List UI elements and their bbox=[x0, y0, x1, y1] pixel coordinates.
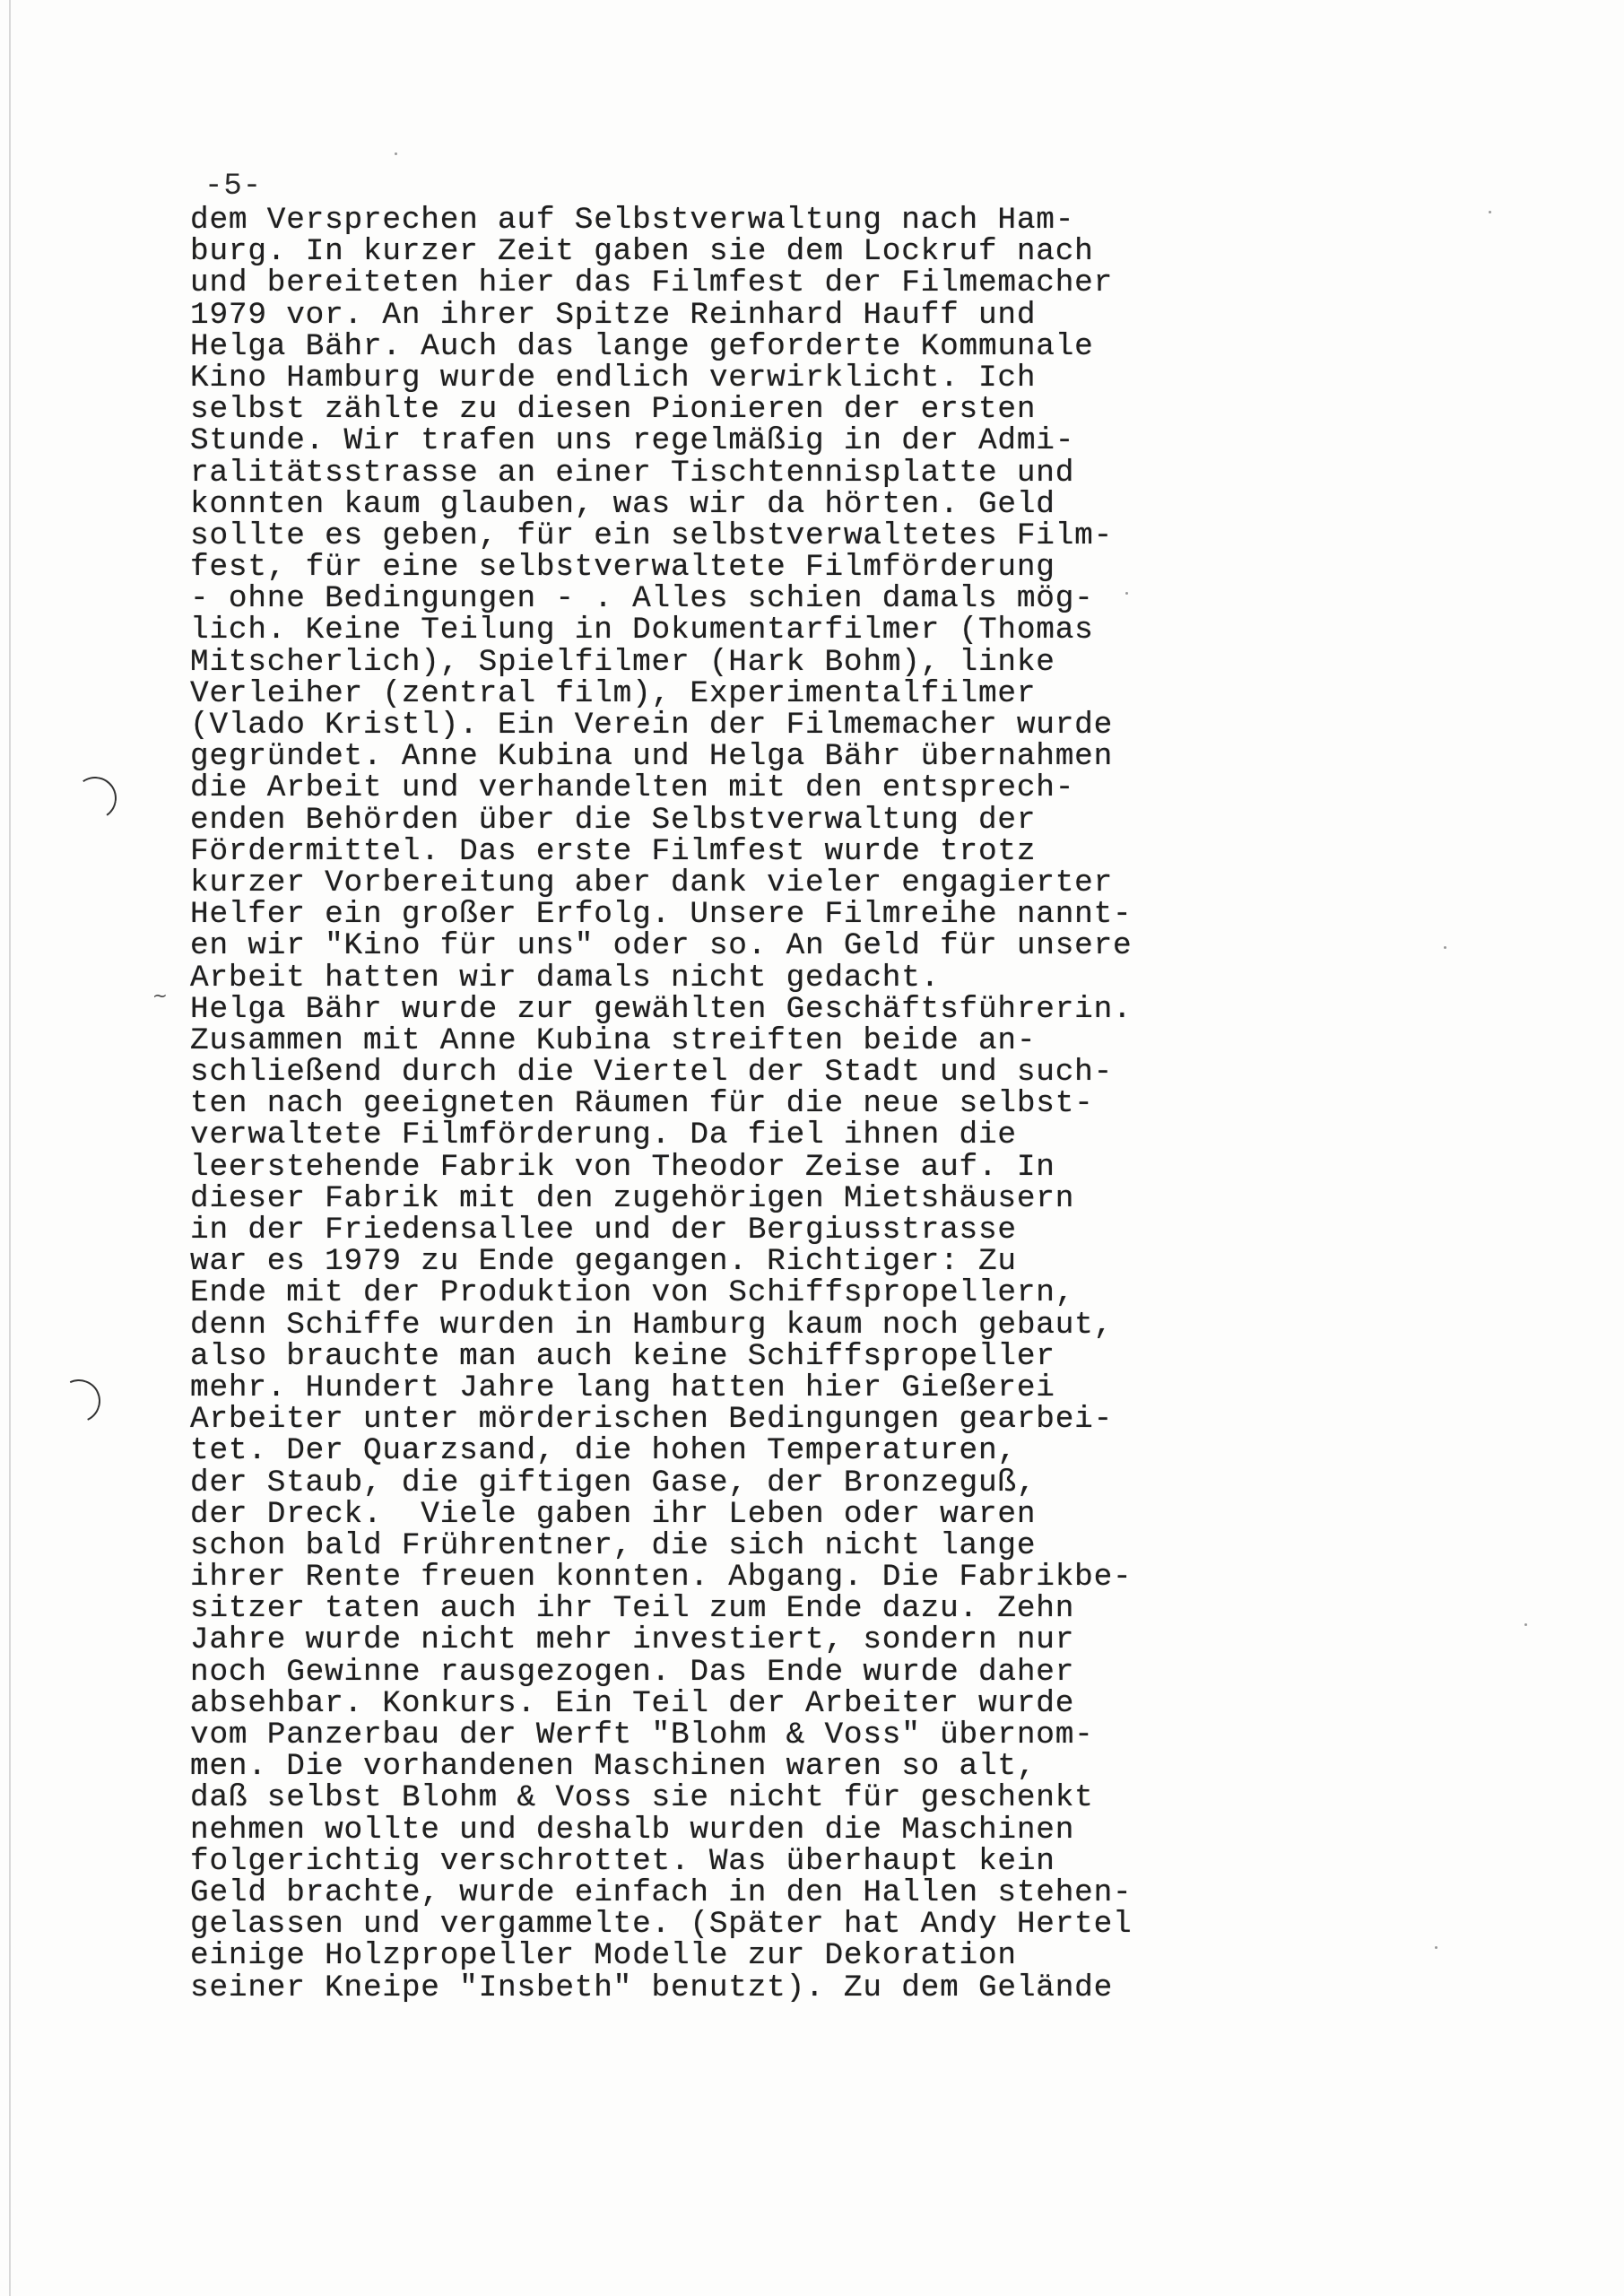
text-line: vom Panzerbau der Werft "Blohm & Voss" ü… bbox=[190, 1719, 1221, 1751]
scan-speck bbox=[1435, 1946, 1437, 1949]
text-line: schon bald Frührentner, die sich nicht l… bbox=[190, 1530, 1221, 1561]
text-line: einige Holzpropeller Modelle zur Dekorat… bbox=[190, 1940, 1221, 1971]
text-line: - ohne Bedingungen - . Alles schien dama… bbox=[190, 583, 1221, 614]
text-line: der Dreck. Viele gaben ihr Leben oder wa… bbox=[190, 1499, 1221, 1530]
text-line: der Staub, die giftigen Gase, der Bronze… bbox=[190, 1467, 1221, 1499]
text-line: enden Behörden über die Selbstverwaltung… bbox=[190, 804, 1221, 836]
scan-speck bbox=[1489, 211, 1491, 213]
text-line: selbst zählte zu diesen Pionieren der er… bbox=[190, 394, 1221, 425]
text-line: Helga Bähr wurde zur gewählten Geschäfts… bbox=[190, 994, 1221, 1025]
text-line: Ende mit der Produktion von Schiffsprope… bbox=[190, 1277, 1221, 1309]
text-line: Helfer ein großer Erfolg. Unsere Filmrei… bbox=[190, 899, 1221, 930]
text-line: ten nach geeigneten Räumen für die neue … bbox=[190, 1088, 1221, 1119]
text-line: folgerichtig verschrottet. Was überhaupt… bbox=[190, 1846, 1221, 1877]
text-line: Fördermittel. Das erste Filmfest wurde t… bbox=[190, 836, 1221, 867]
scan-page-edge bbox=[9, 0, 11, 2296]
text-line: in der Friedensallee und der Bergiusstra… bbox=[190, 1214, 1221, 1246]
text-line: war es 1979 zu Ende gegangen. Richtiger:… bbox=[190, 1246, 1221, 1277]
text-line: fest, für eine selbstverwaltete Filmförd… bbox=[190, 552, 1221, 583]
text-line: kurzer Vorbereitung aber dank vieler eng… bbox=[190, 867, 1221, 899]
text-line: (Vlado Kristl). Ein Verein der Filmemach… bbox=[190, 709, 1221, 741]
text-line: ihrer Rente freuen konnten. Abgang. Die … bbox=[190, 1561, 1221, 1593]
text-line: Helga Bähr. Auch das lange geforderte Ko… bbox=[190, 331, 1221, 362]
text-line: sitzer taten auch ihr Teil zum Ende dazu… bbox=[190, 1593, 1221, 1624]
text-line: en wir "Kino für uns" oder so. An Geld f… bbox=[190, 930, 1221, 961]
text-line: nehmen wollte und deshalb wurden die Mas… bbox=[190, 1814, 1221, 1846]
page-number: -5- bbox=[204, 169, 1221, 204]
text-line: denn Schiffe wurden in Hamburg kaum noch… bbox=[190, 1309, 1221, 1341]
text-line: mehr. Hundert Jahre lang hatten hier Gie… bbox=[190, 1372, 1221, 1404]
text-line: absehbar. Konkurs. Ein Teil der Arbeiter… bbox=[190, 1688, 1221, 1719]
text-line: Stunde. Wir trafen uns regelmäßig in der… bbox=[190, 425, 1221, 457]
text-line: men. Die vorhandenen Maschinen waren so … bbox=[190, 1751, 1221, 1782]
text-line: Verleiher (zentral film), Experimentalfi… bbox=[190, 678, 1221, 709]
text-line: noch Gewinne rausgezogen. Das Ende wurde… bbox=[190, 1657, 1221, 1688]
margin-hole-mark bbox=[51, 1373, 107, 1429]
text-line: dieser Fabrik mit den zugehörigen Mietsh… bbox=[190, 1183, 1221, 1214]
margin-ink-mark: ~ bbox=[152, 985, 168, 1006]
scan-speck bbox=[1524, 1623, 1527, 1626]
margin-hole-mark bbox=[70, 773, 120, 823]
scan-speck bbox=[1444, 946, 1446, 949]
text-line: Arbeiter unter mörderischen Bedingungen … bbox=[190, 1404, 1221, 1435]
text-line: also brauchte man auch keine Schiffsprop… bbox=[190, 1341, 1221, 1372]
text-line: verwaltete Filmförderung. Da fiel ihnen … bbox=[190, 1119, 1221, 1151]
text-line: gelassen und vergammelte. (Später hat An… bbox=[190, 1909, 1221, 1940]
text-line: 1979 vor. An ihrer Spitze Reinhard Hauff… bbox=[190, 300, 1221, 331]
text-line: Mitscherlich), Spielfilmer (Hark Bohm), … bbox=[190, 647, 1221, 678]
text-line: lich. Keine Teilung in Dokumentarfilmer … bbox=[190, 614, 1221, 646]
body-text: dem Versprechen auf Selbstverwaltung nac… bbox=[190, 204, 1221, 2004]
text-line: Jahre wurde nicht mehr investiert, sonde… bbox=[190, 1624, 1221, 1656]
text-line: sollte es geben, für ein selbstverwaltet… bbox=[190, 520, 1221, 552]
text-line: Zusammen mit Anne Kubina streiften beide… bbox=[190, 1025, 1221, 1057]
text-line: gegründet. Anne Kubina und Helga Bähr üb… bbox=[190, 741, 1221, 772]
text-line: ralitätsstrasse an einer Tischtennisplat… bbox=[190, 457, 1221, 489]
text-line: seiner Kneipe "Insbeth" benutzt). Zu dem… bbox=[190, 1972, 1221, 2004]
text-line: Kino Hamburg wurde endlich verwirklicht.… bbox=[190, 362, 1221, 394]
text-line: burg. In kurzer Zeit gaben sie dem Lockr… bbox=[190, 236, 1221, 267]
text-line: Arbeit hatten wir damals nicht gedacht. bbox=[190, 962, 1221, 994]
document-page: -5- dem Versprechen auf Selbstverwaltung… bbox=[190, 169, 1221, 2004]
text-line: konnten kaum glauben, was wir da hörten.… bbox=[190, 489, 1221, 520]
text-line: leerstehende Fabrik von Theodor Zeise au… bbox=[190, 1152, 1221, 1183]
text-line: und bereiteten hier das Filmfest der Fil… bbox=[190, 267, 1221, 299]
scan-speck bbox=[395, 152, 397, 155]
text-line: dem Versprechen auf Selbstverwaltung nac… bbox=[190, 204, 1221, 236]
text-line: daß selbst Blohm & Voss sie nicht für ge… bbox=[190, 1782, 1221, 1813]
text-line: Geld brachte, wurde einfach in den Halle… bbox=[190, 1877, 1221, 1909]
text-line: die Arbeit und verhandelten mit den ents… bbox=[190, 772, 1221, 804]
text-line: tet. Der Quarzsand, die hohen Temperatur… bbox=[190, 1435, 1221, 1466]
text-line: schließend durch die Viertel der Stadt u… bbox=[190, 1057, 1221, 1088]
